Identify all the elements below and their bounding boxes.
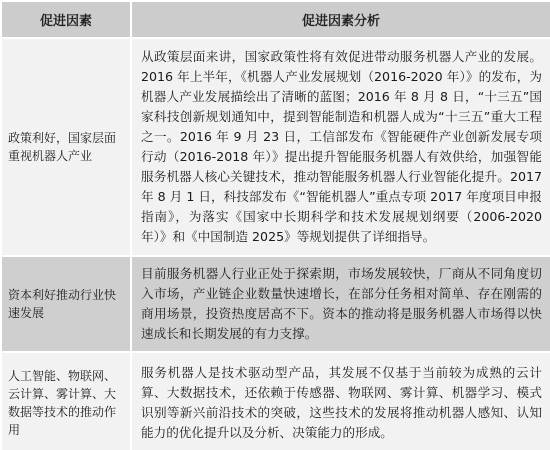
analysis-cell: 目前服务机器人行业正处于探索期，市场发展较快，厂商从不同角度切入市场，产业链企业…: [131, 256, 550, 352]
table-row: 资本利好推动行业快速发展 目前服务机器人行业正处于探索期，市场发展较快，厂商从不…: [1, 256, 550, 352]
header-row: 促进因素 促进因素分析: [1, 1, 550, 38]
analysis-cell: 服务机器人是技术驱动型产品，其发展不仅基于当前较为成熟的云计算、大数据技术，还依…: [131, 352, 550, 450]
promotion-factors-table: 促进因素 促进因素分析 政策利好，国家层面重视机器人产业 从政策层面来讲，国家政…: [0, 0, 550, 450]
header-analysis: 促进因素分析: [131, 1, 550, 38]
table-row: 人工智能、物联网、云计算、雾计算、大数据等技术的推动作用 服务机器人是技术驱动型…: [1, 352, 550, 450]
factor-cell: 政策利好，国家层面重视机器人产业: [1, 38, 131, 256]
factor-cell: 人工智能、物联网、云计算、雾计算、大数据等技术的推动作用: [1, 352, 131, 450]
header-factor: 促进因素: [1, 1, 131, 38]
analysis-cell: 从政策层面来讲，国家政策性将有效促进带动服务机器人产业的发展。2016 年上半年…: [131, 38, 550, 256]
factor-cell: 资本利好推动行业快速发展: [1, 256, 131, 352]
table-row: 政策利好，国家层面重视机器人产业 从政策层面来讲，国家政策性将有效促进带动服务机…: [1, 38, 550, 256]
